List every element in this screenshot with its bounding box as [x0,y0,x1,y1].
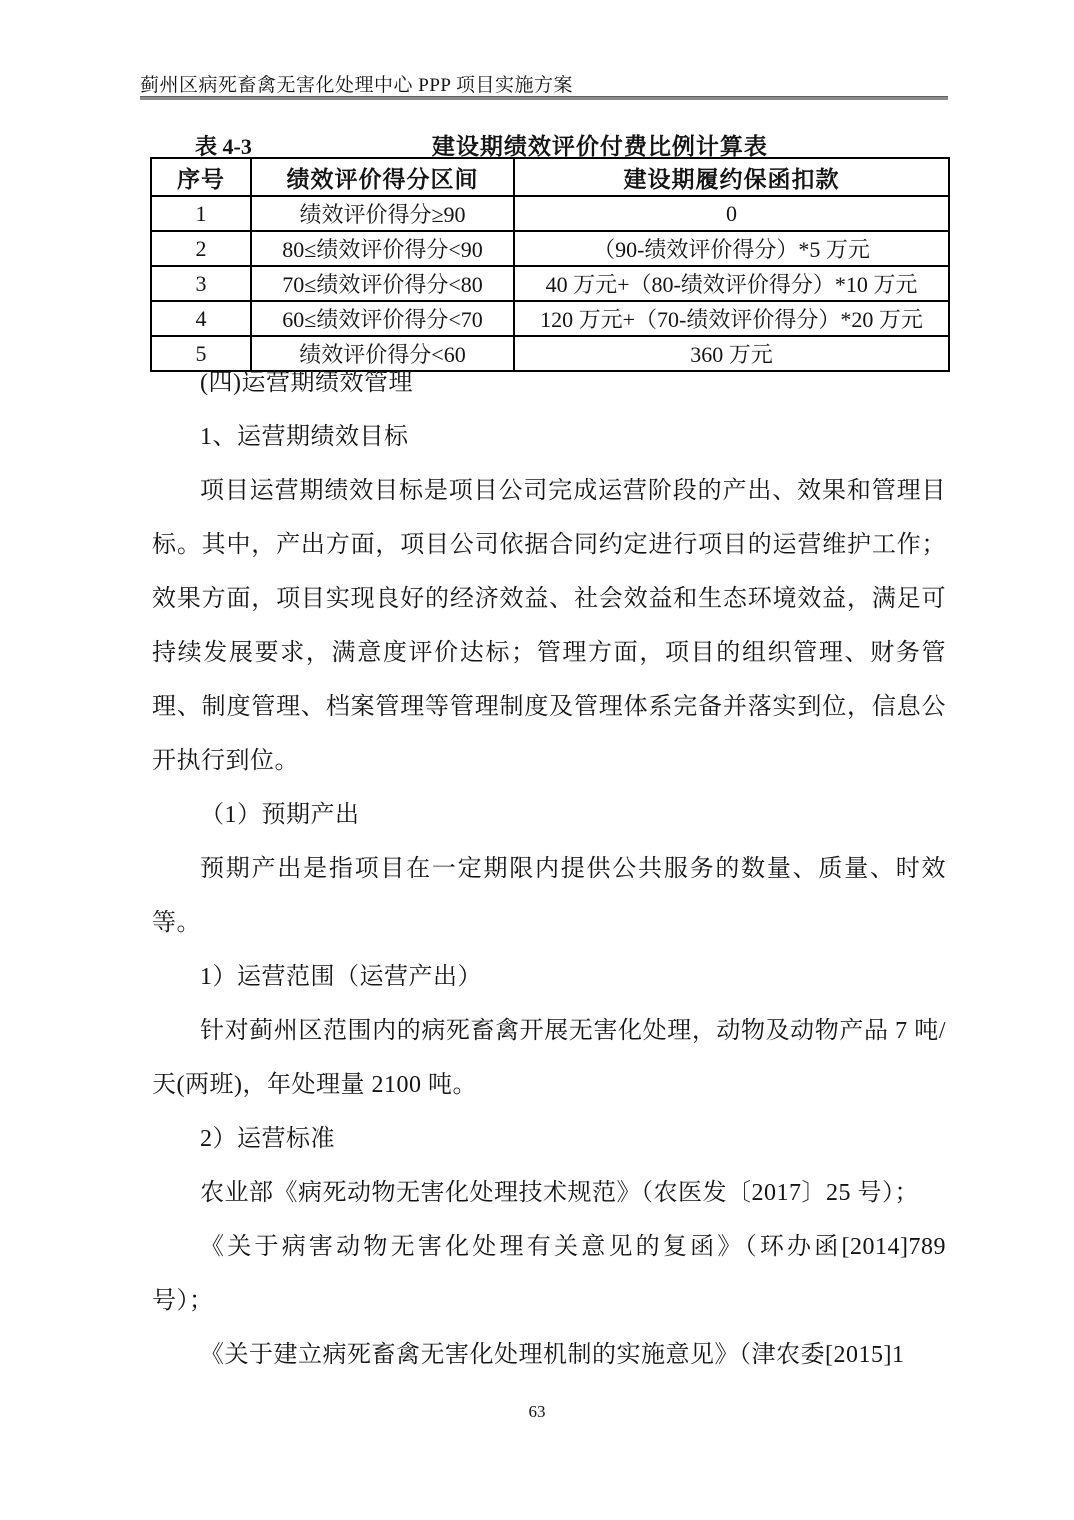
table-cell: 120 万元+（70-绩效评价得分）*20 万元 [514,301,949,336]
section-heading: 2）运营标准 [152,1112,946,1166]
table-cell: 1 [151,196,251,231]
performance-payment-table: 序号绩效评价得分区间建设期履约保函扣款 1绩效评价得分≥900280≤绩效评价得… [150,157,950,372]
page-number: 63 [529,1402,546,1421]
table-cell: 绩效评价得分≥90 [251,196,514,231]
table-cell: 0 [514,196,949,231]
body-paragraph: 《关于建立病死畜禽无害化处理机制的实施意见》（津农委[2015]1 [152,1328,946,1382]
page-footer: 63 [0,1402,1074,1422]
section-heading: （1）预期产出 [152,788,946,842]
table-cell: （90-绩效评价得分）*5 万元 [514,231,949,266]
body-paragraph: 预期产出是指项目在一定期限内提供公共服务的数量、质量、时效等。 [152,842,946,950]
header-rule [140,96,948,100]
table-col-header-1: 绩效评价得分区间 [251,158,514,196]
table-row: 370≤绩效评价得分<8040 万元+（80-绩效评价得分）*10 万元 [151,266,949,301]
table-cell: 80≤绩效评价得分<90 [251,231,514,266]
header-title: 蓟州区病死畜禽无害化处理中心 PPP 项目实施方案 [140,75,573,96]
body-paragraph: 农业部《病死动物无害化处理技术规范》（农医发〔2017〕25 号）； [152,1166,946,1220]
table-cell: 70≤绩效评价得分<80 [251,266,514,301]
table-cell: 4 [151,301,251,336]
table-cell: 3 [151,266,251,301]
table-col-header-0: 序号 [151,158,251,196]
section-heading: 1）运营范围（运营产出） [152,950,946,1004]
body-paragraph: 针对蓟州区范围内的病死畜禽开展无害化处理，动物及动物产品 7 吨/天(两班)，年… [152,1004,946,1112]
table-header-row: 序号绩效评价得分区间建设期履约保函扣款 [151,158,949,196]
table-cell: 40 万元+（80-绩效评价得分）*10 万元 [514,266,949,301]
table-col-header-2: 建设期履约保函扣款 [514,158,949,196]
document-header: 蓟州区病死畜禽无害化处理中心 PPP 项目实施方案 [140,70,948,97]
table-cell: 2 [151,231,251,266]
body-paragraph: 项目运营期绩效目标是项目公司完成运营阶段的产出、效果和管理目标。其中，产出方面，… [152,464,946,788]
document-body: (四)运营期绩效管理1、运营期绩效目标项目运营期绩效目标是项目公司完成运营阶段的… [152,356,946,1382]
table-row: 280≤绩效评价得分<90（90-绩效评价得分）*5 万元 [151,231,949,266]
table-row: 1绩效评价得分≥900 [151,196,949,231]
table-cell: 60≤绩效评价得分<70 [251,301,514,336]
document-page: 蓟州区病死畜禽无害化处理中心 PPP 项目实施方案 表 4-3 建设期绩效评价付… [0,0,1074,1520]
body-paragraph: 《关于病害动物无害化处理有关意见的复函》（环办函[2014]789 号）； [152,1220,946,1328]
section-heading: (四)运营期绩效管理 [152,356,946,410]
table-row: 460≤绩效评价得分<70120 万元+（70-绩效评价得分）*20 万元 [151,301,949,336]
section-heading: 1、运营期绩效目标 [152,410,946,464]
